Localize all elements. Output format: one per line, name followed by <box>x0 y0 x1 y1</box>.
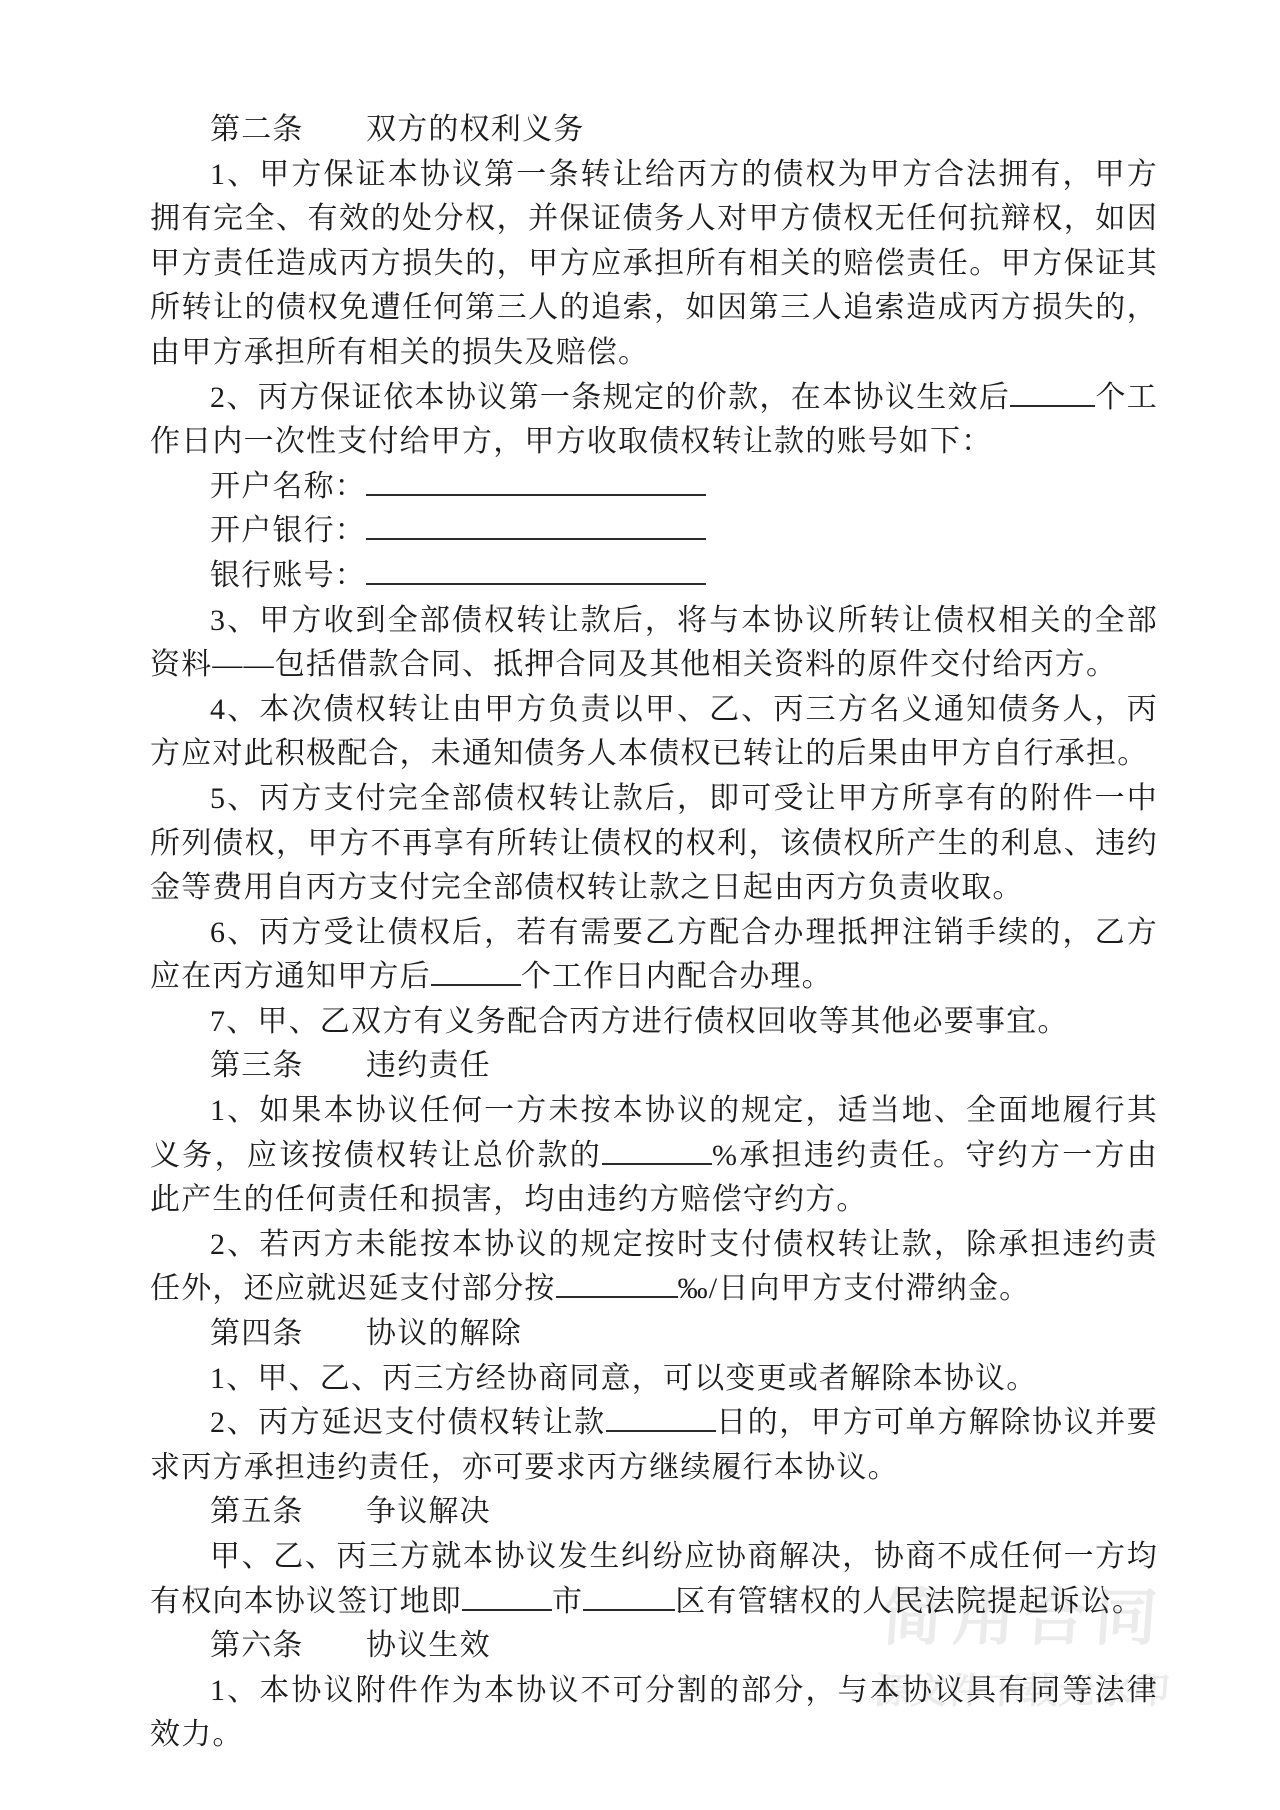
text-run: 市 <box>552 1585 583 1618</box>
contract-paragraph: 1、甲方保证本协议第一条转让给丙方的债权为甲方合法拥有，甲方拥有完全、有效的处分… <box>150 153 1158 376</box>
text-run: 2、丙方延迟支付债权转让款 <box>210 1406 606 1439</box>
contract-paragraph: 1、如果本协议任何一方未按本协议的规定，适当地、全面地履行其义务，应该按债权转让… <box>150 1089 1158 1223</box>
contract-paragraph: 4、本次债权转让由甲方负责以甲、乙、丙三方名义通知债务人，丙方应对此积极配合，未… <box>150 688 1158 777</box>
article-heading-text: 第三条 违约责任 <box>210 1049 491 1082</box>
contract-paragraph: 银行账号： <box>150 554 1158 599</box>
contract-body: 第二条 双方的权利义务1、甲方保证本协议第一条转让给丙方的债权为甲方合法拥有，甲… <box>150 108 1158 1758</box>
contract-paragraph: 5、丙方支付完全部债权转让款后，即可受让甲方所享有的附件一中所列债权，甲方不再享… <box>150 777 1158 911</box>
fill-in-blank <box>556 1268 678 1299</box>
text-run: 个工作日内配合办理。 <box>521 960 833 993</box>
contract-paragraph: 开户银行： <box>150 509 1158 554</box>
article-heading-text: 第五条 争议解决 <box>210 1495 491 1528</box>
fill-in-blank <box>431 956 521 987</box>
article-heading: 第六条 协议生效 <box>150 1624 1158 1669</box>
text-run: 开户名称： <box>210 470 366 503</box>
contract-paragraph: 甲、乙、丙三方就本协议发生纠纷应协商解决，协商不成任何一方均有权向本协议签订地即… <box>150 1535 1158 1624</box>
contract-paragraph: 7、甲、乙双方有义务配合丙方进行债权回收等其他必要事宜。 <box>150 1000 1158 1045</box>
fill-in-blank <box>366 554 706 585</box>
fill-in-blank <box>602 1134 712 1165</box>
contract-paragraph: 6、丙方受让债权后，若有需要乙方配合办理抵押注销手续的，乙方应在丙方通知甲方后个… <box>150 911 1158 1000</box>
article-heading-text: 第六条 协议生效 <box>210 1629 491 1662</box>
fill-in-blank <box>606 1402 716 1433</box>
text-run: 7、甲、乙双方有义务配合丙方进行债权回收等其他必要事宜。 <box>210 1005 1069 1038</box>
contract-paragraph: 2、丙方保证依本协议第一条规定的价款，在本协议生效后个工作日内一次性支付给甲方，… <box>150 376 1158 465</box>
contract-paragraph: 1、本协议附件作为本协议不可分割的部分，与本协议具有同等法律效力。 <box>150 1669 1158 1758</box>
text-run: 开户银行： <box>210 514 366 547</box>
article-heading: 第三条 违约责任 <box>150 1044 1158 1089</box>
text-run: 2、丙方保证依本协议第一条规定的价款，在本协议生效后 <box>210 381 1010 414</box>
fill-in-blank <box>1010 376 1095 407</box>
text-run: 1、甲方保证本协议第一条转让给丙方的债权为甲方合法拥有，甲方拥有完全、有效的处分… <box>150 158 1158 369</box>
text-run: 5、丙方支付完全部债权转让款后，即可受让甲方所享有的附件一中所列债权，甲方不再享… <box>150 782 1158 904</box>
article-heading-text: 第四条 协议的解除 <box>210 1317 522 1350</box>
text-run: 3、甲方收到全部债权转让款后，将与本协议所转让债权相关的全部资料——包括借款合同… <box>150 604 1158 682</box>
fill-in-blank <box>462 1580 552 1611</box>
article-heading-text: 第二条 双方的权利义务 <box>210 113 584 146</box>
fill-in-blank <box>583 1580 675 1611</box>
article-heading: 第二条 双方的权利义务 <box>150 108 1158 153</box>
fill-in-blank <box>366 465 706 496</box>
text-run: 1、本协议附件作为本协议不可分割的部分，与本协议具有同等法律效力。 <box>150 1674 1158 1752</box>
contract-paragraph: 开户名称： <box>150 465 1158 510</box>
text-run: 4、本次债权转让由甲方负责以甲、乙、丙三方名义通知债务人，丙方应对此积极配合，未… <box>150 693 1158 771</box>
text-run: ‰/日向甲方支付滞纳金。 <box>678 1272 1031 1305</box>
fill-in-blank <box>366 510 706 541</box>
contract-paragraph: 3、甲方收到全部债权转让款后，将与本协议所转让债权相关的全部资料——包括借款合同… <box>150 599 1158 688</box>
contract-paragraph: 1、甲、乙、丙三方经协商同意，可以变更或者解除本协议。 <box>150 1357 1158 1402</box>
contract-paragraph: 2、若丙方未能按本协议的规定按时支付债权转让款，除承担违约责任外，还应就迟延支付… <box>150 1223 1158 1312</box>
text-run: 区有管辖权的人民法院提起诉讼。 <box>675 1585 1143 1618</box>
text-run: 1、甲、乙、丙三方经协商同意，可以变更或者解除本协议。 <box>210 1362 1037 1395</box>
article-heading: 第四条 协议的解除 <box>150 1312 1158 1357</box>
contract-paragraph: 2、丙方延迟支付债权转让款日的，甲方可单方解除协议并要求丙方承担违约责任，亦可要… <box>150 1401 1158 1490</box>
page: 简用合同 源文件下载无水印 第二条 双方的权利义务1、甲方保证本协议第一条转让给… <box>0 0 1280 1810</box>
text-run: 银行账号： <box>210 559 366 592</box>
article-heading: 第五条 争议解决 <box>150 1490 1158 1535</box>
